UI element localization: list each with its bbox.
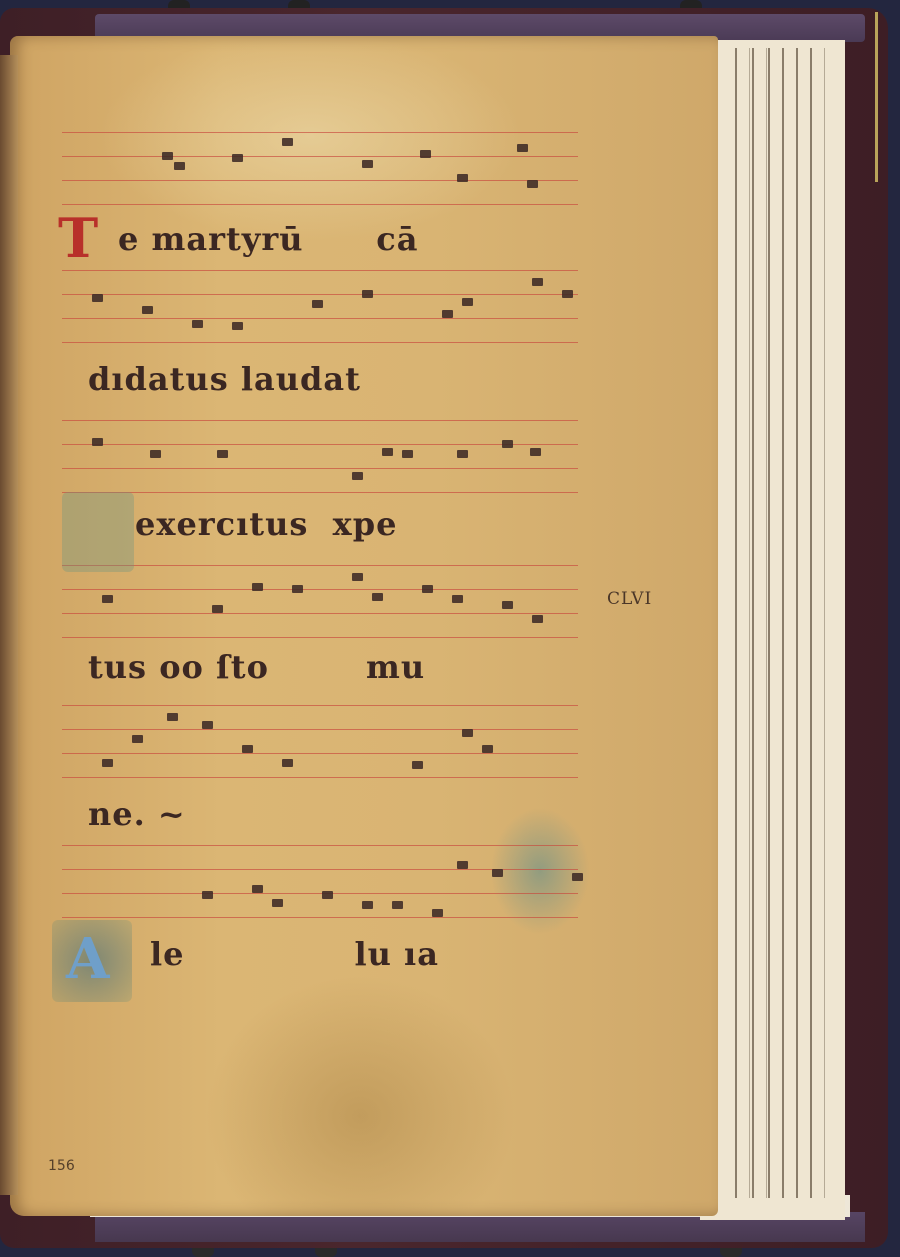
music-staff — [62, 845, 578, 945]
lyric-line-1: e martyrū cā — [118, 220, 419, 258]
leaf-edge — [796, 48, 811, 1198]
leaf-edge — [768, 48, 783, 1198]
lyric-line-2: dıdatus laudat — [88, 360, 361, 398]
blue-initial-A: A — [66, 926, 109, 992]
faded-blue-initial — [62, 492, 134, 572]
leaf-edge — [810, 48, 825, 1198]
music-staff — [62, 132, 578, 232]
gilt-edge — [875, 12, 878, 182]
red-initial-T: T — [58, 206, 98, 270]
gutter-shadow — [0, 55, 18, 1195]
music-staff — [62, 705, 578, 805]
lyric-line-3: exercıtus xpe — [135, 505, 397, 543]
music-staff — [62, 270, 578, 370]
lyric-line-6: le lu ıa — [150, 935, 439, 973]
lyric-line-5: ne. ~ — [88, 795, 186, 833]
leaf-edge — [782, 48, 797, 1198]
folio-number: CLVI — [607, 589, 652, 609]
lyric-line-4: tus oo ſto mu — [88, 648, 425, 686]
leaf-edge — [735, 48, 750, 1198]
leaf-edge — [752, 48, 767, 1198]
pencil-foliation: 156 — [48, 1158, 75, 1174]
